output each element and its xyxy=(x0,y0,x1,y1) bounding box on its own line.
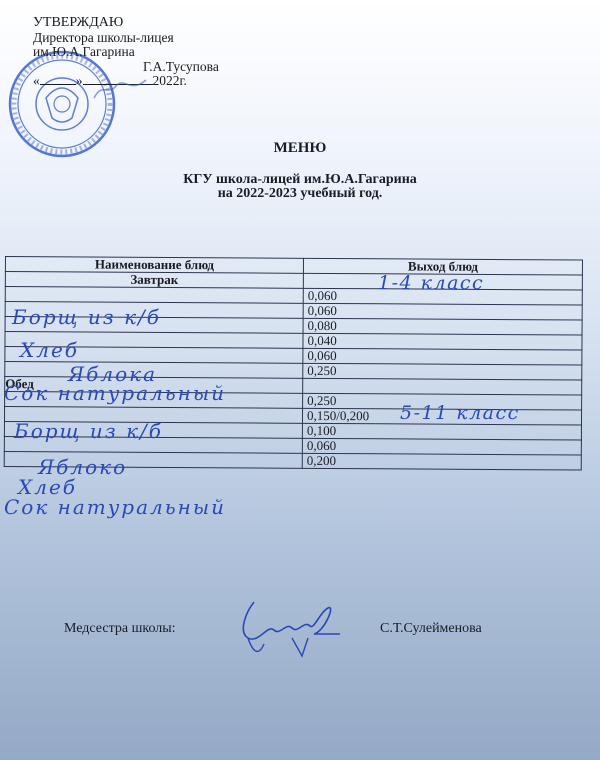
handwritten-dish: Сок натуральный xyxy=(4,381,226,405)
director-signature-icon xyxy=(90,74,150,104)
handwritten-dish: Хлеб xyxy=(20,338,79,362)
approval-director-name: Г.А.Тусупова xyxy=(33,60,219,75)
signature-role: Медсестра школы: xyxy=(64,621,176,637)
signature-name: С.Т.Сулейменова xyxy=(380,621,482,637)
approval-heading: УТВЕРЖДАЮ xyxy=(33,16,219,31)
output-value: 0,060 xyxy=(303,303,582,320)
approval-position: Директора школы-лицея xyxy=(33,31,219,46)
output-value: 0,060 xyxy=(303,348,582,365)
output-value: 0,100 xyxy=(302,423,581,440)
handwritten-dish: Сок натуральный xyxy=(4,495,226,519)
handwritten-dish: Борщ из к/б xyxy=(12,305,161,329)
output-value: 0,080 xyxy=(303,318,582,335)
page-title: МЕНЮ xyxy=(0,140,600,157)
section-grade-cell xyxy=(303,378,582,395)
output-value: 0,250 xyxy=(303,363,582,380)
nurse-signature-icon xyxy=(228,598,340,658)
handwritten-dish: Борщ из к/б xyxy=(14,419,163,443)
output-value: 0,040 xyxy=(303,333,582,350)
output-value: 0,200 xyxy=(302,453,581,470)
output-value: 0,060 xyxy=(302,438,581,455)
approval-school: им.Ю.А.Гагарина xyxy=(33,45,219,60)
handwritten-grade-breakfast: 1-4 класс xyxy=(378,272,484,294)
handwritten-grade-lunch: 5-11 класс xyxy=(400,402,520,424)
academic-year: на 2022-2023 учебный год. xyxy=(0,186,600,202)
